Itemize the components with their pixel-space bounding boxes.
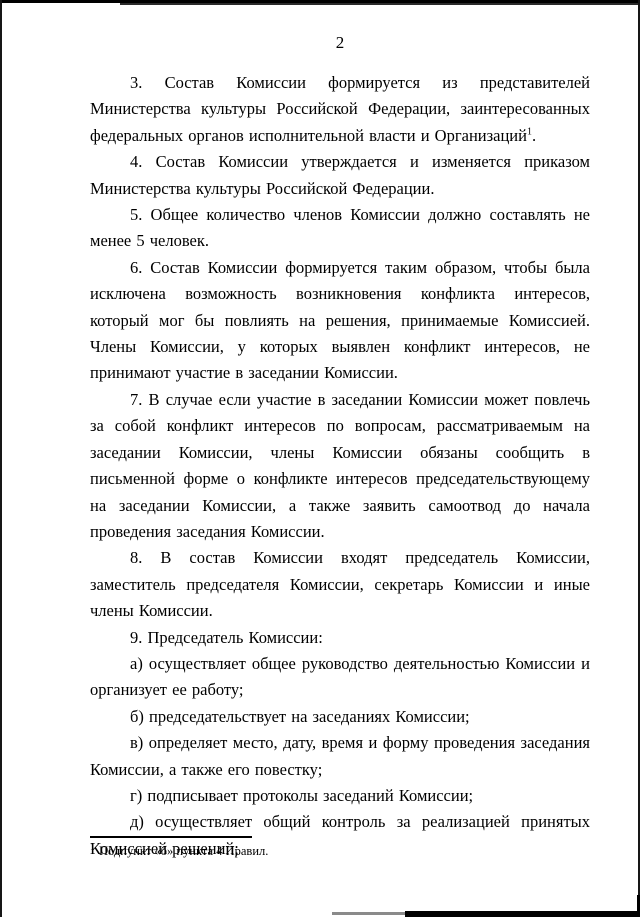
page-content: 2 3. Состав Комиссии формируется из пред… bbox=[90, 32, 590, 862]
document-page: 2 3. Состав Комиссии формируется из пред… bbox=[0, 0, 640, 917]
paragraph-3-text: 3. Состав Комиссии формируется из предст… bbox=[90, 73, 590, 145]
scan-artifact-bottom-gray bbox=[332, 912, 410, 915]
paragraph-6: 6. Состав Комиссии формируется таким обр… bbox=[90, 255, 590, 387]
scan-edge-top-shadow bbox=[120, 3, 640, 5]
footnote-text: Подпункт «б» пункта 4 Правил. bbox=[99, 844, 268, 858]
footnote-marker: 1 bbox=[90, 842, 95, 853]
footnote-separator bbox=[90, 836, 252, 838]
paragraph-3: 3. Состав Комиссии формируется из предст… bbox=[90, 70, 590, 149]
subparagraph-v: в) определяет место, дату, время и форму… bbox=[90, 730, 590, 783]
paragraph-3-tail: . bbox=[532, 126, 536, 145]
subparagraph-b: б) председательствует на заседаниях Коми… bbox=[90, 704, 590, 730]
scan-artifact-bottom-black bbox=[405, 911, 640, 917]
page-number: 2 bbox=[90, 32, 590, 54]
scan-edge-left bbox=[0, 0, 2, 917]
paragraph-9: 9. Председатель Комиссии: bbox=[90, 625, 590, 651]
subparagraph-g: г) подписывает протоколы заседаний Комис… bbox=[90, 783, 590, 809]
paragraph-4: 4. Состав Комиссии утверждается и изменя… bbox=[90, 149, 590, 202]
footnote: 1Подпункт «б» пункта 4 Правил. bbox=[90, 843, 590, 859]
paragraph-7: 7. В случае если участие в заседании Ком… bbox=[90, 387, 590, 545]
paragraph-8: 8. В состав Комиссии входят председатель… bbox=[90, 545, 590, 624]
subparagraph-a: а) осуществляет общее руководство деятел… bbox=[90, 651, 590, 704]
footnote-area: 1Подпункт «б» пункта 4 Правил. bbox=[90, 836, 590, 859]
paragraph-5: 5. Общее количество членов Комиссии долж… bbox=[90, 202, 590, 255]
